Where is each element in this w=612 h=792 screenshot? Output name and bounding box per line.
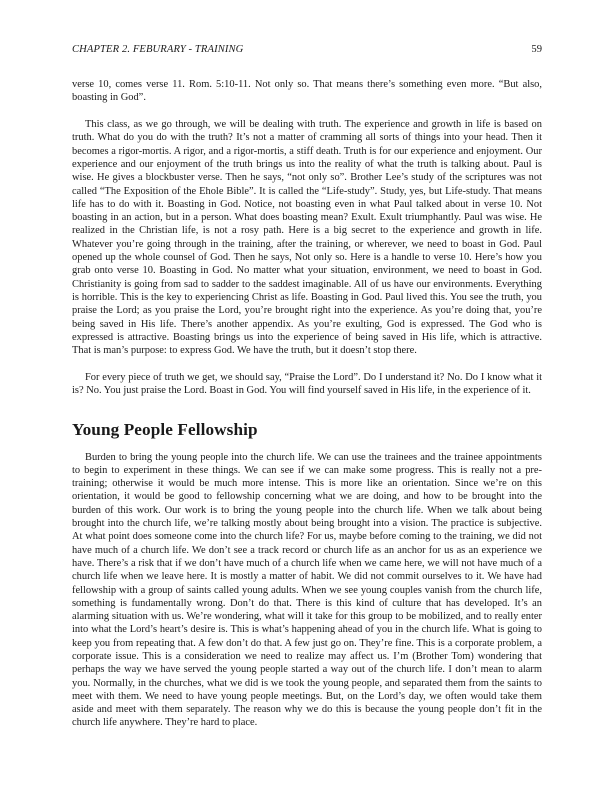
paragraph-praise: For every piece of truth we get, we shou… [72,371,542,398]
paragraph-truth: This class, as we go through, we will be… [72,118,542,357]
paragraph-continuation: verse 10, comes verse 11. Rom. 5:10-11. … [72,78,542,105]
running-header: CHAPTER 2. FEBURARY - TRAINING 59 [72,44,542,60]
section-heading: Young People Fellowship [72,420,542,440]
page-number: 59 [531,44,542,55]
chapter-title: CHAPTER 2. FEBURARY - TRAINING [72,44,243,55]
paragraph-young-people: Burden to bring the young people into th… [72,451,542,730]
document-page: CHAPTER 2. FEBURARY - TRAINING 59 verse … [72,44,542,730]
